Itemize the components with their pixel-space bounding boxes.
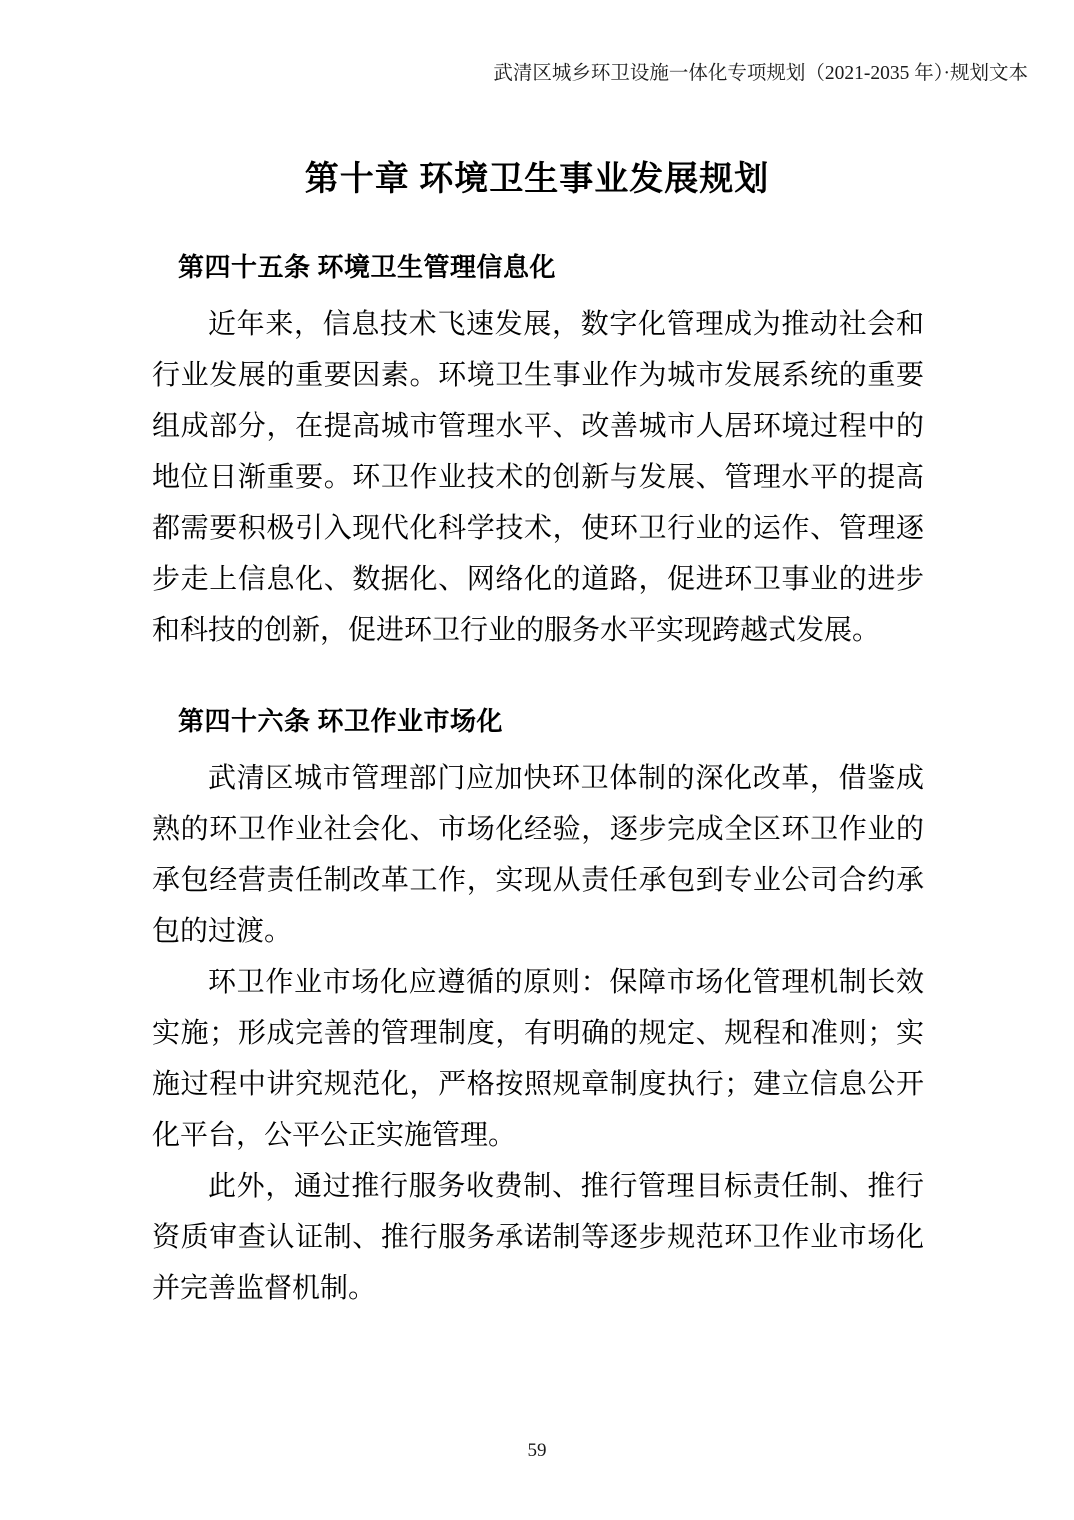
document-body: 第四十五条 环境卫生管理信息化 近年来，信息技术飞速发展，数字化管理成为推动社会… [152, 252, 924, 1314]
paragraph: 此外，通过推行服务收费制、推行管理目标责任制、推行资质审查认证制、推行服务承诺制… [152, 1161, 924, 1314]
chapter-title: 第十章 环境卫生事业发展规划 [0, 159, 1074, 202]
paragraph: 近年来，信息技术飞速发展，数字化管理成为推动社会和行业发展的重要因素。环境卫生事… [152, 299, 924, 656]
page-number: 59 [0, 1440, 1074, 1462]
paragraph: 武清区城市管理部门应加快环卫体制的深化改革，借鉴成熟的环卫作业社会化、市场化经验… [152, 753, 924, 957]
section-heading-45: 第四十五条 环境卫生管理信息化 [178, 252, 924, 283]
document-page: 武清区城乡环卫设施一体化专项规划（2021-2035 年）·规划文本 第十章 环… [0, 0, 1074, 1520]
running-header: 武清区城乡环卫设施一体化专项规划（2021-2035 年）·规划文本 [0, 0, 1074, 85]
paragraph: 环卫作业市场化应遵循的原则：保障市场化管理机制长效实施；形成完善的管理制度，有明… [152, 957, 924, 1161]
section-heading-46: 第四十六条 环卫作业市场化 [178, 706, 924, 737]
